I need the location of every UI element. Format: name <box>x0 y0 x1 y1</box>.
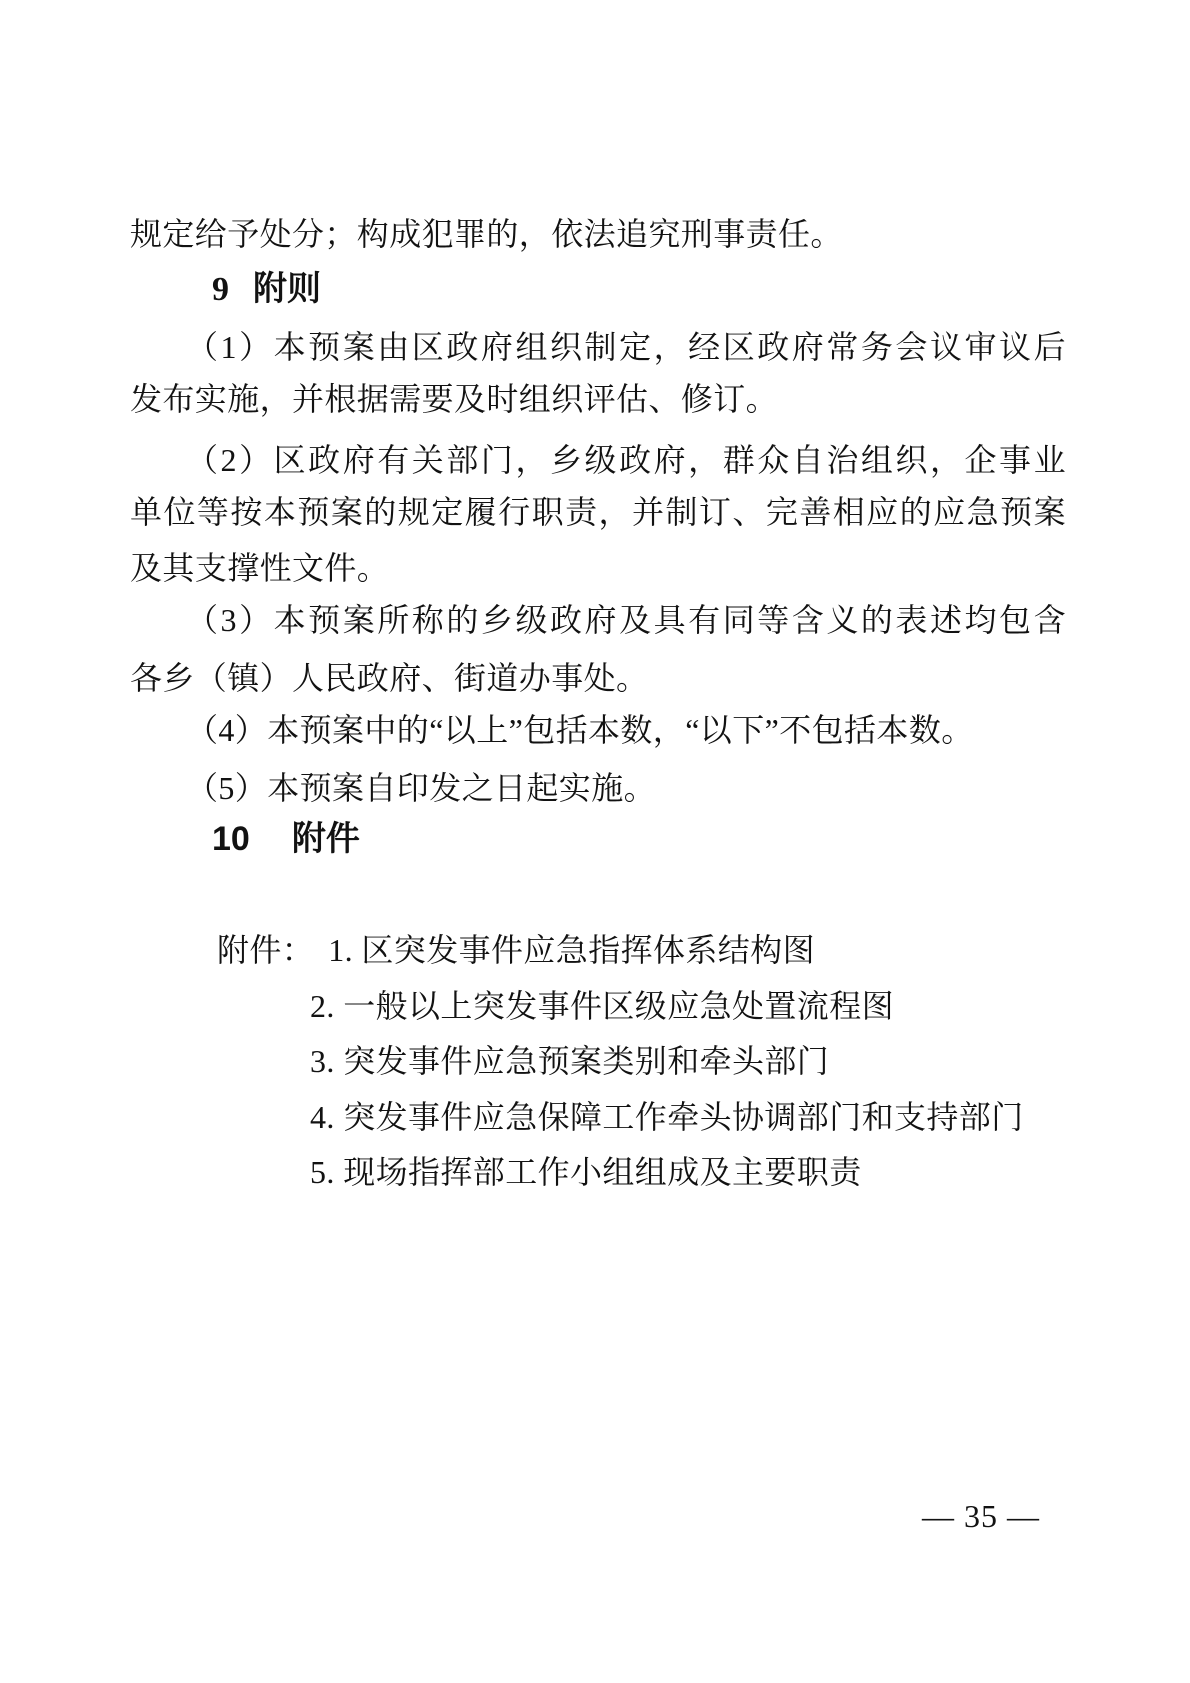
document-page: 规定给予处分；构成犯罪的，依法追究刑事责任。 9 附则 （1）本预案由区政府组织… <box>0 0 1190 1683</box>
attachments-label: 附件： <box>217 932 314 968</box>
clause-2-line-1: （2）区政府有关部门，乡级政府，群众自治组织，企事业 <box>130 434 1066 486</box>
page-number: — 35 — <box>130 1490 1066 1542</box>
attachment-item-3: 3. 突发事件应急预案类别和牵头部门 <box>130 1035 1066 1087</box>
section-10-number: 10 <box>212 820 250 858</box>
section-10-title: 附件 <box>292 820 360 858</box>
clause-3-line-2: 各乡（镇）人民政府、街道办事处。 <box>130 652 1066 704</box>
clause-3-line-1: （3）本预案所称的乡级政府及具有同等含义的表述均包含 <box>130 594 1066 646</box>
section-9-title: 附则 <box>253 270 321 308</box>
attachment-item-5: 5. 现场指挥部工作小组组成及主要职责 <box>130 1146 1066 1198</box>
section-9-heading: 9 附则 <box>130 263 1148 315</box>
attachment-line-1: 附件：1. 区突发事件应急指挥体系结构图 <box>130 924 1066 976</box>
clause-2-line-2: 单位等按本预案的规定履行职责，并制订、完善相应的应急预案 <box>130 486 1066 538</box>
continued-paragraph-line: 规定给予处分；构成犯罪的，依法追究刑事责任。 <box>130 208 1066 260</box>
clause-2-line-3: 及其支撑性文件。 <box>130 542 1066 594</box>
clause-1-line-2: 发布实施，并根据需要及时组织评估、修订。 <box>130 373 1066 425</box>
section-9-number: 9 <box>212 271 229 308</box>
section-10-heading: 10 附件 <box>130 813 1148 865</box>
clause-4-line-1: （4）本预案中的“以上”包括本数，“以下”不包括本数。 <box>130 704 1066 756</box>
clause-1-line-1: （1）本预案由区政府组织制定，经区政府常务会议审议后 <box>130 321 1066 373</box>
attachment-item-1: 1. 区突发事件应急指挥体系结构图 <box>328 932 815 968</box>
attachment-item-2: 2. 一般以上突发事件区级应急处置流程图 <box>130 980 1066 1032</box>
attachment-item-4: 4. 突发事件应急保障工作牵头协调部门和支持部门 <box>130 1091 1066 1143</box>
clause-5-line-1: （5）本预案自印发之日起实施。 <box>130 762 1066 814</box>
